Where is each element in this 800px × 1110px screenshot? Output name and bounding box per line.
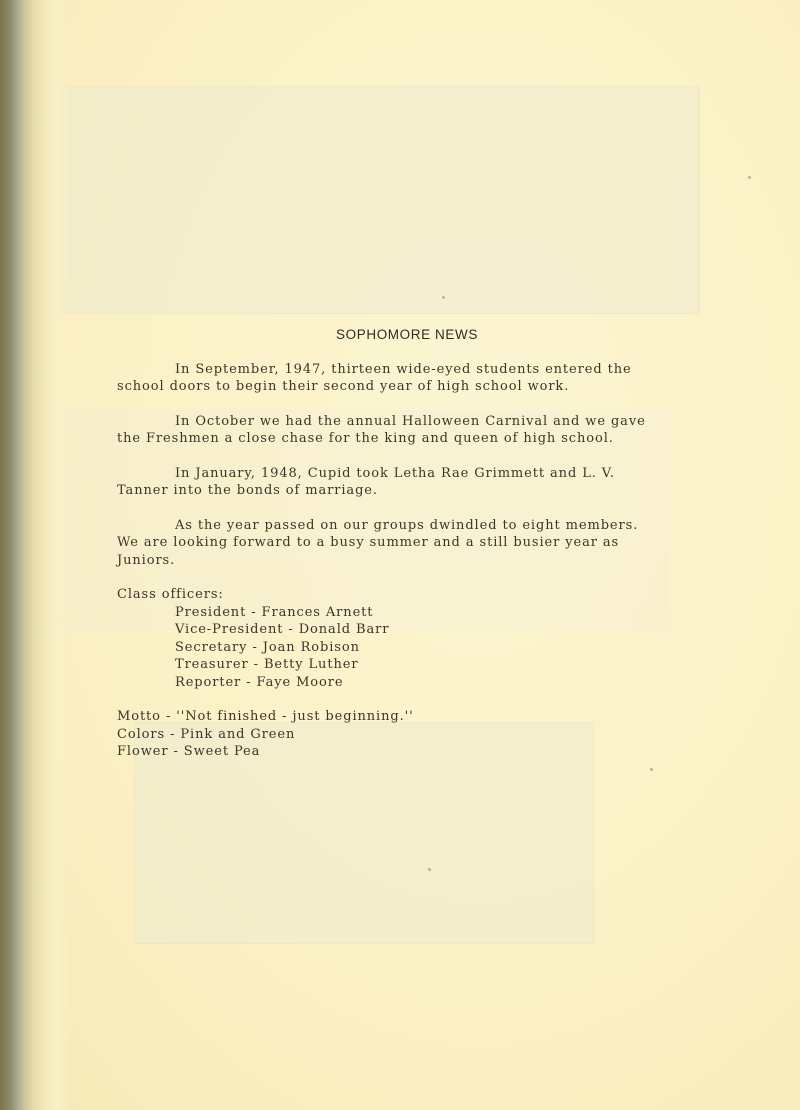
class-colors: Colors - Pink and Green: [117, 726, 657, 744]
class-flower: Flower - Sweet Pea: [117, 743, 657, 761]
paper-speck: [428, 868, 431, 871]
paper-speck: [650, 768, 653, 771]
paragraph-october: In October we had the annual Halloween C…: [117, 413, 657, 448]
officer-reporter: Reporter - Faye Moore: [175, 674, 657, 692]
paragraph-year-end: As the year passed on our groups dwindle…: [117, 517, 657, 570]
class-motto: Motto - ''Not finished - just beginning.…: [117, 708, 657, 726]
officer-list: President - Frances Arnett Vice-Presiden…: [175, 604, 657, 692]
officer-secretary: Secretary - Joan Robison: [175, 639, 657, 657]
paper-speck: [442, 296, 445, 299]
scanned-page: SOPHOMORE NEWS In September, 1947, thirt…: [0, 0, 800, 1110]
officer-vice-president: Vice-President - Donald Barr: [175, 621, 657, 639]
book-binding-shadow: [0, 0, 70, 1110]
article-title: SOPHOMORE NEWS: [117, 326, 657, 344]
show-through-photo-top: [50, 86, 700, 314]
officers-label: Class officers:: [117, 586, 657, 604]
paper-speck: [748, 176, 751, 179]
class-facts: Motto - ''Not finished - just beginning.…: [117, 708, 657, 761]
article: SOPHOMORE NEWS In September, 1947, thirt…: [117, 326, 657, 761]
paragraph-january: In January, 1948, Cupid took Letha Rae G…: [117, 465, 657, 500]
officer-president: President - Frances Arnett: [175, 604, 657, 622]
officer-treasurer: Treasurer - Betty Luther: [175, 656, 657, 674]
paragraph-september: In September, 1947, thirteen wide-eyed s…: [117, 361, 657, 396]
